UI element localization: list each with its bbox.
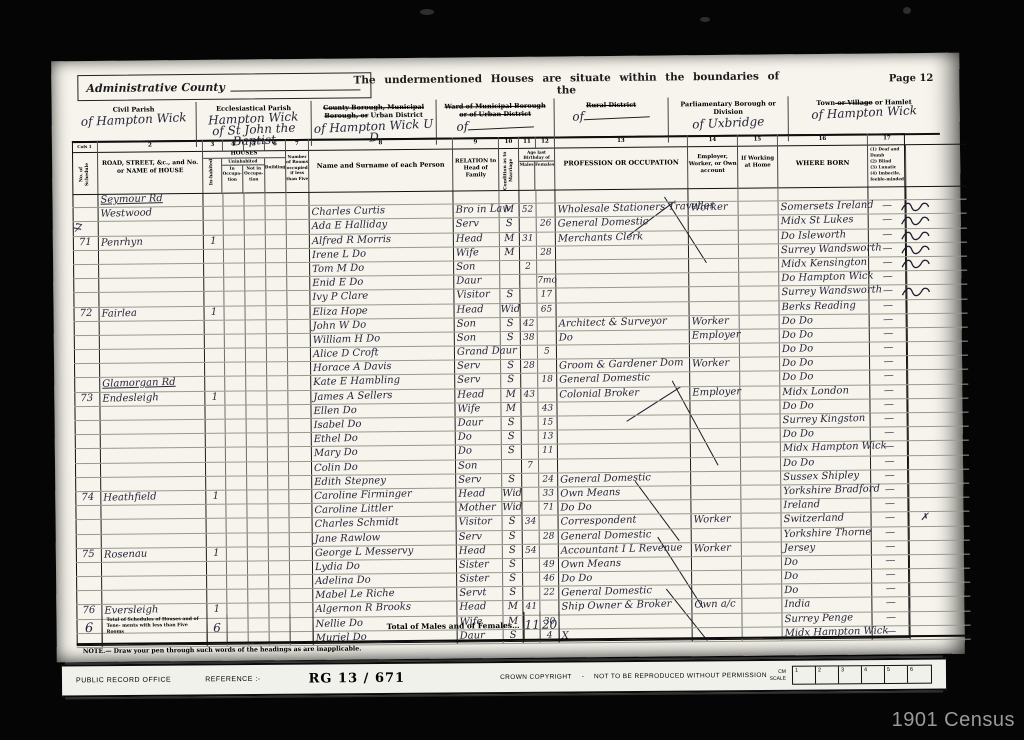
cell-schedule	[73, 293, 99, 306]
cell-inhabited: 1	[204, 235, 224, 248]
cell-age_m	[521, 346, 538, 359]
cell-rooms	[287, 305, 310, 318]
cell-relation: Son	[455, 332, 501, 346]
cell-age_m: 38	[521, 332, 538, 345]
cell-u_occ	[225, 363, 246, 376]
cell-relation: Son	[455, 318, 501, 332]
cell-margin	[910, 555, 940, 568]
handwritten-value: Do Do	[781, 427, 870, 441]
cell-margin	[906, 186, 936, 199]
cell-at_home	[741, 500, 781, 514]
handwritten-value: 5	[538, 345, 556, 357]
cell-rooms	[287, 277, 310, 290]
cell-name: Edith Stepney	[312, 474, 456, 489]
cell-u_not	[245, 249, 266, 262]
handwritten-value: 1	[205, 391, 224, 404]
cell-condition: S	[503, 516, 523, 529]
handwritten-value: —	[871, 455, 908, 468]
totals-males-females-label: Total of Males and of Females…	[313, 612, 523, 641]
handwritten-value: Merchants Clerk	[556, 230, 688, 246]
cell-infirmity: —	[871, 456, 909, 470]
cell-employer	[691, 486, 741, 500]
cell-condition: Wid	[500, 303, 520, 316]
cell-relation: Head	[454, 304, 500, 318]
cell-relation: Sister	[457, 559, 503, 573]
cell-relation: Serv	[454, 218, 500, 232]
handwritten-value: 71	[73, 236, 98, 249]
handwritten-value: Bro in Law	[453, 204, 498, 217]
cell-inhabited	[206, 462, 226, 475]
cell-u_occ	[226, 476, 247, 489]
cell-road	[100, 335, 205, 349]
cell-building	[269, 561, 290, 574]
handwritten-value: —	[869, 271, 906, 284]
handwritten-value: Do Do	[780, 370, 869, 384]
cell-condition: Wid	[502, 502, 522, 515]
cell-inhabited	[205, 406, 225, 419]
cell-age_m: 54	[523, 544, 540, 557]
cell-occupation	[558, 444, 691, 458]
cell-employer	[690, 344, 740, 358]
totals-empty	[227, 614, 290, 642]
handwritten-value: Do	[456, 431, 501, 444]
cell-born: Do Do	[780, 399, 870, 413]
cell-infirmity: —	[870, 399, 908, 413]
cell-building	[268, 504, 289, 517]
cell-rooms	[288, 405, 311, 418]
handwritten-value: Sister	[457, 559, 502, 572]
handwritten-value: Jersey	[782, 540, 871, 554]
cell-employer	[690, 401, 740, 415]
cell-u_occ	[225, 377, 246, 390]
cell-u_not	[248, 533, 269, 546]
cell-road	[101, 434, 206, 448]
cell-age_f: 5	[538, 346, 557, 359]
cell-u_occ	[227, 533, 248, 546]
cell-born: Berks Reading	[779, 300, 869, 314]
cell-margin	[908, 399, 938, 412]
cell-at_home	[741, 457, 781, 471]
handwritten-value: 31	[520, 232, 536, 244]
cell-at_home	[740, 329, 780, 343]
cell-inhabited	[205, 377, 225, 390]
cell-condition: M	[501, 388, 521, 401]
cell-relation: Bro in Law	[454, 204, 500, 218]
cell-at_home	[741, 429, 781, 443]
cell-at_home	[739, 244, 779, 258]
cell-name: Kate E Hambling	[311, 375, 455, 390]
cell-building	[269, 518, 290, 531]
census-scan-canvas: Administrative County The undermentioned…	[0, 0, 1024, 740]
cell-rooms	[288, 362, 311, 375]
cell-building	[269, 575, 290, 588]
handwritten-value: 2	[520, 261, 536, 273]
cell-employer	[692, 528, 742, 542]
handwritten-value: Wid	[500, 303, 519, 316]
handwritten-value: Head	[454, 303, 499, 316]
cell-employer	[689, 287, 739, 301]
cell-age_m	[520, 275, 537, 288]
cell-at_home	[739, 301, 779, 315]
handwritten-value: Penrhyn	[99, 235, 203, 250]
cell-margin	[908, 342, 938, 355]
cell-u_not	[247, 504, 268, 517]
cell-schedule	[73, 208, 99, 221]
cell-age_m	[522, 417, 539, 430]
cell-schedule	[73, 265, 99, 278]
cell-u_occ	[224, 263, 245, 276]
header-females: Females	[535, 161, 554, 189]
cell-relation: Wife	[454, 247, 500, 261]
cell-employer	[689, 216, 739, 230]
cell-relation: Serv	[455, 375, 501, 389]
handwritten-value: 17	[537, 289, 555, 301]
cell-schedule	[76, 577, 102, 590]
handwritten-value: Head	[454, 232, 499, 245]
handwritten-value: Daur	[454, 275, 499, 288]
cell-schedule	[76, 563, 102, 576]
cell-u_not	[245, 235, 266, 248]
handwritten-value: —	[872, 555, 909, 568]
handwritten-value: 52	[519, 204, 535, 216]
statement-text: The undermentioned Houses are situate wi…	[351, 70, 781, 98]
cell-u_not	[246, 377, 267, 390]
cell-occupation: Correspondent	[559, 515, 692, 529]
cell-rooms	[289, 504, 312, 517]
cell-inhabited	[207, 519, 227, 532]
cell-born: Somersets Ireland	[779, 201, 869, 215]
cell-born: Do	[782, 555, 872, 569]
cell-schedule	[75, 435, 101, 448]
cell-rooms	[289, 433, 312, 446]
cell-infirmity: —	[870, 371, 908, 385]
cell-road: Fairlea	[100, 306, 205, 320]
cell-schedule	[73, 279, 99, 292]
cell-occupation: Do	[557, 330, 690, 344]
cell-relation: Sister	[457, 573, 503, 587]
cell-name: Irene L Do	[310, 247, 454, 262]
cell-road	[99, 292, 204, 306]
cell-margin	[907, 243, 937, 256]
cell-building	[266, 249, 287, 262]
cell-employer: Worker	[690, 315, 740, 329]
cell-u_not	[247, 419, 268, 432]
handwritten-value: —	[870, 314, 907, 327]
handwritten-value: Do Do	[780, 356, 869, 370]
cell-margin	[910, 569, 940, 582]
cell-at_home	[742, 556, 782, 570]
cell-relation	[453, 190, 499, 204]
handwritten-value: Employer	[690, 386, 739, 399]
cell-name: Colin Do	[312, 460, 456, 475]
cell-inhabited	[204, 292, 224, 305]
cell-relation: Wife	[455, 403, 501, 417]
cell-relation: Head	[455, 389, 501, 403]
cell-at_home	[740, 372, 780, 386]
ruler-cell: 4	[862, 666, 885, 683]
cell-inhabited	[207, 562, 227, 575]
cell-building	[268, 447, 289, 460]
cell-age_f: 22	[540, 587, 559, 600]
header-inhabited: In-habited	[203, 159, 222, 193]
cell-building	[268, 476, 289, 489]
handwritten-value: 15	[538, 416, 556, 428]
handwritten-value: Rosenau	[102, 547, 206, 562]
handwritten-value: Do Do	[558, 499, 690, 515]
reference-number: RG 13 / 671	[309, 671, 406, 687]
handwritten-value: 71	[539, 502, 557, 514]
cell-infirmity: —	[871, 498, 909, 512]
cell-margin	[907, 257, 937, 270]
handwritten-value: Adelina Do	[313, 572, 456, 588]
handwritten-value: 72	[73, 307, 98, 320]
handwritten-value: —	[870, 342, 907, 355]
cell-rooms	[290, 547, 313, 560]
handwritten-value: Sussex Shipley	[781, 470, 870, 484]
handwritten-value: Serv	[454, 218, 499, 231]
handwritten-value: S	[501, 374, 520, 387]
cell-age_m	[522, 502, 539, 515]
cell-u_occ	[226, 462, 247, 475]
handwritten-value: 75	[76, 548, 101, 561]
cell-born: Do Isleworth	[779, 229, 869, 243]
margin-mark: ✗	[909, 512, 939, 525]
cell-relation: Daur	[456, 417, 502, 431]
cell-born	[778, 187, 868, 201]
cell-rooms	[288, 391, 311, 404]
handwritten-value: Mother	[456, 502, 501, 515]
cell-infirmity: —	[870, 328, 908, 342]
cell-occupation	[557, 401, 690, 415]
cell-infirmity: —	[871, 470, 909, 484]
cell-u_occ	[226, 448, 247, 461]
cell-building	[266, 220, 287, 233]
separator-dash: -	[582, 673, 584, 680]
cell-u_not	[247, 448, 268, 461]
cell-infirmity: —	[870, 314, 908, 328]
handwritten-value: M	[501, 388, 520, 401]
handwritten-value: —	[869, 299, 906, 312]
totals-empty	[559, 608, 910, 638]
cell-name: Ivy P Clare	[310, 290, 454, 305]
cell-employer	[689, 273, 739, 287]
cell-age_m	[520, 246, 537, 259]
cell-occupation: Own Means	[558, 486, 691, 500]
cell-u_occ	[226, 434, 247, 447]
totals-margin	[910, 608, 940, 635]
cell-condition	[500, 261, 520, 274]
cell-occupation	[558, 415, 691, 429]
column-number: 15	[738, 134, 778, 145]
handwritten-value: Daur	[455, 417, 500, 430]
cell-employer: Employer	[690, 386, 740, 400]
cell-condition: M	[500, 247, 520, 260]
cell-name: Lydia Do	[313, 559, 457, 574]
cell-condition: Wid	[502, 488, 522, 501]
cell-u_not	[245, 292, 266, 305]
handwritten-value: Grand Daur	[455, 346, 500, 359]
cell-age_f	[538, 317, 557, 330]
cell-inhabited	[205, 320, 225, 333]
handwritten-value: Charles Schmidt	[312, 516, 455, 532]
handwritten-value: Servt	[457, 587, 502, 600]
cell-age_f	[537, 232, 556, 245]
cell-u_occ	[225, 320, 246, 333]
handwritten-value: 38	[521, 331, 537, 343]
cell-inhabited	[205, 349, 225, 362]
cell-margin: ✗	[910, 512, 940, 525]
cell-occupation: General Domestic	[557, 373, 690, 387]
handwritten-value: George L Messervy	[313, 544, 456, 560]
district-label: Parliamentary Borough or Division	[669, 99, 788, 117]
cell-employer	[691, 415, 741, 429]
cell-relation: Do	[456, 445, 502, 459]
cell-rooms	[288, 376, 311, 389]
cell-rooms	[287, 206, 310, 219]
cell-road	[101, 420, 206, 434]
handwritten-value: Ireland	[781, 498, 870, 512]
cell-employer	[689, 230, 739, 244]
cell-occupation	[556, 302, 689, 316]
cell-inhabited	[203, 193, 223, 206]
cell-employer: Worker	[690, 358, 740, 372]
cell-u_not	[245, 263, 266, 276]
handwritten-value: 28	[521, 360, 537, 372]
handwritten-value: Ellen Do	[311, 402, 454, 418]
cell-inhabited	[206, 434, 226, 447]
cell-margin	[909, 427, 939, 440]
handwritten-value: —	[870, 384, 907, 397]
handwritten-value: Groom & Gardener Dom	[557, 357, 689, 373]
handwritten-value: Ada E Halliday	[310, 218, 453, 234]
cell-margin	[908, 384, 938, 397]
cell-rooms	[287, 249, 310, 262]
public-record-office-label: PUBLIC RECORD OFFICE	[76, 677, 171, 685]
column-number: 10	[499, 137, 519, 148]
cell-at_home	[740, 386, 780, 400]
cell-u_occ	[227, 561, 248, 574]
cell-employer	[691, 457, 741, 471]
cell-road: Penrhyn	[99, 235, 204, 249]
cell-schedule	[74, 322, 100, 335]
cell-age_m	[523, 559, 540, 572]
handwritten-value: S	[502, 431, 521, 444]
cell-age_f: 65	[537, 303, 556, 316]
handwritten-value: Do Isleworth	[779, 228, 868, 242]
header-profession: PROFESSION OR OCCUPATION	[555, 146, 688, 189]
cell-rooms	[289, 419, 312, 432]
cell-born: Do Do	[780, 357, 870, 371]
handwritten-value: Wholesale Stationers Traveller	[555, 201, 687, 217]
cell-inhabited	[206, 505, 226, 518]
cell-u_not	[247, 433, 268, 446]
handwritten-value: Head	[457, 544, 502, 557]
cell-infirmity: —	[871, 484, 909, 498]
cell-relation: Son	[454, 261, 500, 275]
handwritten-value: Eliza Hope	[310, 303, 453, 319]
cell-margin	[910, 583, 940, 596]
handwritten-value: 11	[539, 445, 557, 457]
cell-occupation: Colonial Broker	[557, 387, 690, 401]
cell-age_f	[540, 516, 559, 529]
handwritten-value: 42	[521, 317, 537, 329]
cell-employer	[692, 557, 742, 571]
cell-name: Jane Rawlow	[313, 531, 457, 546]
cell-age_m: 52	[520, 204, 537, 217]
handwritten-value: Kate E Hambling	[311, 374, 454, 390]
cell-margin	[909, 498, 939, 511]
cell-inhabited	[204, 221, 224, 234]
footnote: NOTE.— Draw your pen through such words …	[83, 645, 362, 655]
cell-road	[101, 477, 206, 491]
cell-inhabited	[204, 264, 224, 277]
administrative-county-box: Administrative County	[77, 72, 371, 101]
cell-u_occ	[227, 547, 248, 560]
handwritten-value: Heathfield	[101, 490, 205, 505]
cell-schedule	[73, 222, 99, 235]
cell-infirmity: —	[869, 271, 907, 285]
header-at-home: If Working at Home	[738, 145, 778, 187]
cell-u_occ	[224, 235, 245, 248]
cell-occupation	[558, 458, 691, 472]
handwritten-value: General Domestic	[557, 372, 689, 388]
cell-margin	[908, 314, 938, 327]
handwritten-value: 54	[523, 544, 539, 556]
cell-condition: S	[503, 587, 523, 600]
handwritten-value: Tom M Do	[310, 260, 453, 276]
cell-occupation: Merchants Clerk	[556, 231, 689, 245]
cell-born: Do Do	[781, 428, 871, 442]
cell-schedule	[74, 350, 100, 363]
cell-u_not	[246, 320, 267, 333]
cell-age_m: 2	[520, 261, 537, 274]
cell-age_m	[522, 473, 539, 486]
handwritten-value: 13	[539, 431, 557, 443]
cell-age_m: 34	[523, 516, 540, 529]
handwritten-value: Midx Kensington	[779, 257, 868, 271]
handwritten-value: General Domestic	[559, 528, 691, 544]
ruler-cell: 5	[885, 666, 908, 683]
cell-age_m: 43	[521, 388, 538, 401]
handwritten-value: Worker	[690, 315, 739, 328]
cell-age_m: 7	[522, 459, 539, 472]
cell-margin	[907, 299, 937, 312]
cell-infirmity: —	[869, 300, 907, 314]
cell-employer: Worker	[689, 202, 739, 216]
cell-at_home	[740, 400, 780, 414]
handwritten-value: S	[503, 544, 522, 557]
cell-at_home	[742, 585, 782, 599]
cell-age_f	[536, 190, 555, 203]
cell-occupation	[558, 429, 691, 443]
cell-condition: S	[502, 474, 522, 487]
cell-age_f	[540, 544, 559, 557]
cell-u_occ	[225, 391, 246, 404]
cell-building	[267, 362, 288, 375]
totals-females: 20	[540, 612, 559, 639]
cell-age_f: 46	[540, 573, 559, 586]
cell-relation: Grand Daur	[455, 346, 501, 360]
cell-employer	[691, 500, 741, 514]
handwritten-value: Son	[455, 317, 500, 330]
cell-rooms	[289, 490, 312, 503]
cell-name: Alfred R Morris	[310, 233, 454, 248]
header-infirmity: (1) Deaf and Dumb (2) Blind (3) Lunatic …	[868, 144, 906, 186]
cell-at_home	[740, 343, 780, 357]
cell-born: Do Do	[780, 314, 870, 328]
cell-inhabited	[205, 363, 225, 376]
cell-road	[102, 533, 207, 547]
